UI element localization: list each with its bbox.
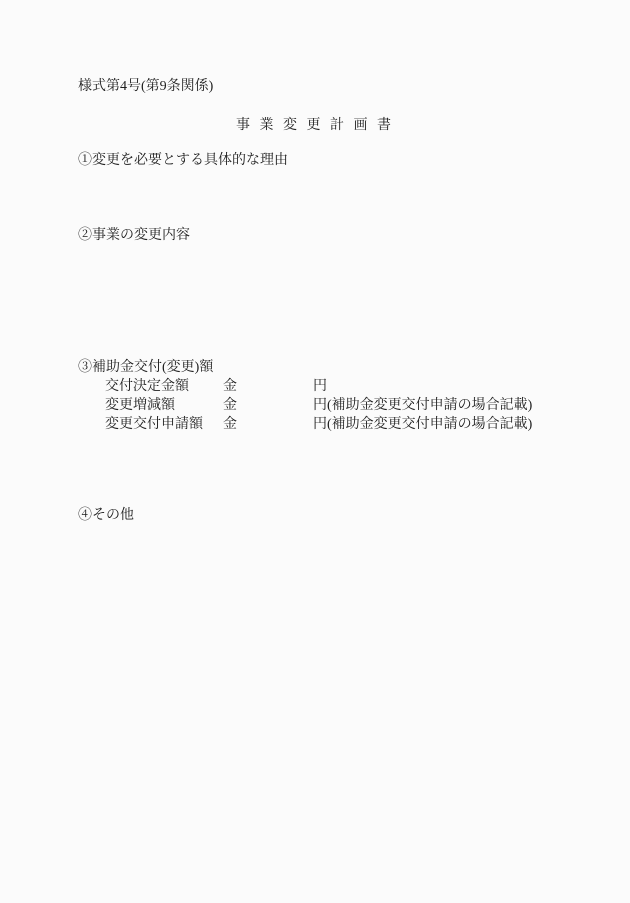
amount-suffix: 円(補助金変更交付申請の場合記載) (313, 417, 532, 433)
amount-item-label: 変更交付申請額 (105, 417, 203, 433)
amount-prefix: 金 (223, 417, 237, 433)
form-number: 様式第4号(第9条関係) (78, 79, 213, 95)
amount-suffix: 円 (313, 379, 327, 395)
section-3-subsidy-amount-label: ③補助金交付(変更)額 (78, 360, 213, 376)
amount-prefix: 金 (223, 398, 237, 414)
amount-row-decided: 交付決定金額 金 円 (0, 379, 630, 396)
section-1-reason-label: ①変更を必要とする具体的な理由 (78, 153, 288, 169)
amount-item-label: 変更増減額 (105, 398, 175, 414)
amount-prefix: 金 (223, 379, 237, 395)
amount-row-increase-decrease: 変更増減額 金 円(補助金変更交付申請の場合記載) (0, 398, 630, 415)
document-title: 事 業 変 更 計 画 書 (0, 118, 630, 134)
section-2-change-content-label: ②事業の変更内容 (78, 228, 190, 244)
amount-item-label: 交付決定金額 (105, 379, 189, 395)
amount-suffix: 円(補助金変更交付申請の場合記載) (313, 398, 532, 414)
section-4-other-label: ④その他 (78, 508, 134, 524)
document-page: 様式第4号(第9条関係) 事 業 変 更 計 画 書 ①変更を必要とする具体的な… (0, 0, 630, 903)
amount-row-change-application: 変更交付申請額 金 円(補助金変更交付申請の場合記載) (0, 417, 630, 434)
